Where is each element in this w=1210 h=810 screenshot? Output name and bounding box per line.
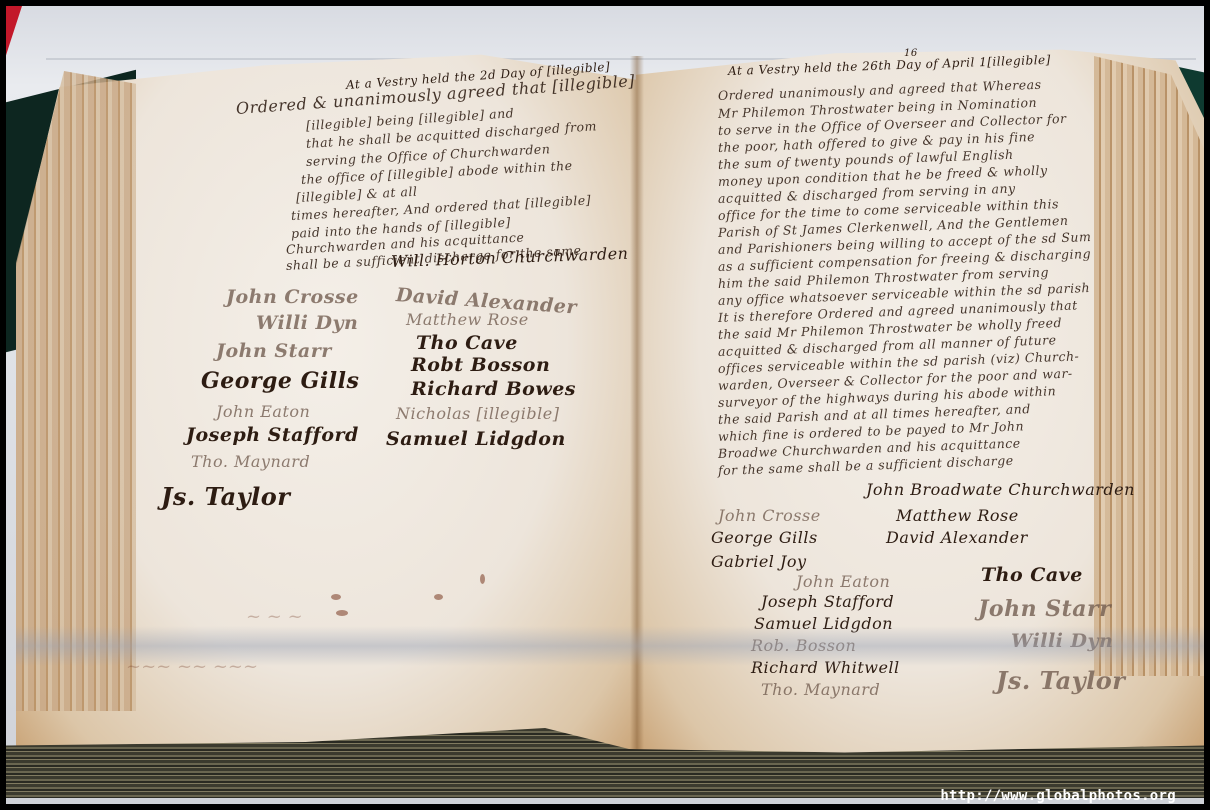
ink-stain xyxy=(480,574,485,584)
ink-stain xyxy=(434,594,443,600)
signature: Samuel Lidgdon xyxy=(386,428,566,450)
churchwarden-signature: John Broadwate Churchwarden xyxy=(866,480,1135,499)
signature: George Gills xyxy=(711,528,818,547)
ink-bleed-through: ~ ~ ~ xyxy=(246,606,303,627)
signature: Joseph Stafford xyxy=(186,424,359,446)
signature: Gabriel Joy xyxy=(711,552,807,571)
signature: Matthew Rose xyxy=(406,310,529,329)
signature: John Eaton xyxy=(796,572,890,591)
signature: Richard Bowes xyxy=(411,378,576,400)
signature: Js. Taylor xyxy=(161,482,290,511)
signature: Js. Taylor xyxy=(996,666,1125,695)
signature: Tho. Maynard xyxy=(761,680,880,699)
signature: John Crosse xyxy=(718,506,821,525)
book-spine-gutter xyxy=(630,56,644,786)
signature: Tho Cave xyxy=(416,332,518,354)
photo-frame: At a Vestry held the 2d Day of [illegibl… xyxy=(6,6,1204,804)
display-case-red-edge xyxy=(6,6,22,76)
signature: Joseph Stafford xyxy=(761,592,894,611)
signature: John Crosse xyxy=(226,286,359,308)
signature: Tho Cave xyxy=(981,564,1083,586)
signature: David Alexander xyxy=(886,528,1028,547)
signature: Nicholas [illegible] xyxy=(396,404,559,423)
ink-stain xyxy=(336,610,348,616)
signature: Tho. Maynard xyxy=(191,452,310,471)
signature: John Eaton xyxy=(216,402,310,421)
signature: Robt Bosson xyxy=(411,354,550,376)
signature: John Starr xyxy=(978,596,1111,622)
glass-reflection-band xyxy=(16,626,1204,666)
signature: Willi Dyn xyxy=(256,312,358,334)
ink-stain xyxy=(331,594,341,600)
signature: Matthew Rose xyxy=(896,506,1019,525)
watermark-url: http://www.globalphotos.org xyxy=(940,788,1176,804)
signature: John Starr xyxy=(216,340,332,362)
signature: George Gills xyxy=(201,368,359,394)
right-page-stack-edges xyxy=(1094,56,1204,676)
